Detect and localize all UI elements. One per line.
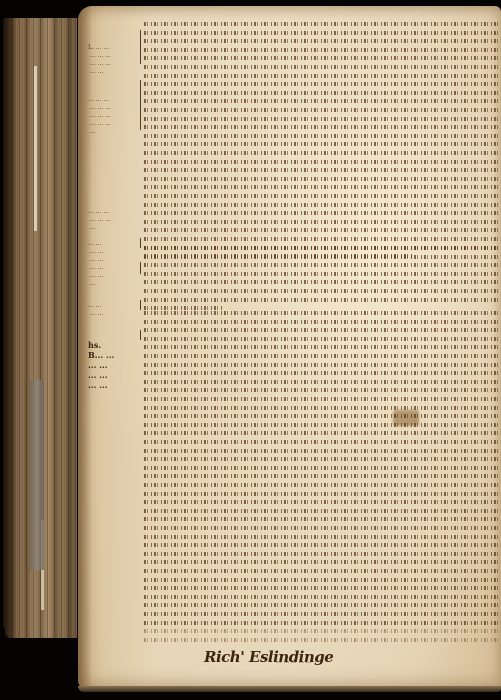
manuscript-line bbox=[144, 619, 499, 627]
manuscript-line bbox=[144, 318, 499, 326]
manuscript-line bbox=[144, 421, 499, 429]
handwriting-stroke bbox=[144, 636, 499, 644]
manuscript-line bbox=[144, 309, 499, 317]
manuscript-line bbox=[144, 261, 499, 269]
signature-trailing-text: ... ... ... ... ... bbox=[276, 657, 311, 665]
manuscript-line bbox=[144, 515, 499, 523]
manuscript-line bbox=[144, 192, 499, 200]
handwriting-stroke bbox=[144, 361, 499, 369]
margin-gloss-6: hs. B... ... ... ... ... ... ... ... bbox=[88, 340, 114, 390]
handwriting-stroke bbox=[144, 335, 499, 343]
manuscript-line bbox=[144, 166, 499, 174]
manuscript-line bbox=[144, 404, 499, 412]
margin-gloss-3: ... ... ... ... ... ... ... bbox=[88, 208, 113, 232]
manuscript-line bbox=[144, 235, 499, 243]
manuscript-line bbox=[144, 46, 499, 54]
handwriting-stroke bbox=[144, 183, 499, 191]
handwriting-stroke bbox=[144, 106, 499, 114]
manuscript-line bbox=[144, 72, 499, 80]
handwriting-stroke bbox=[144, 619, 499, 627]
handwriting-stroke bbox=[144, 97, 499, 105]
handwriting-stroke bbox=[144, 576, 499, 584]
signature-main: Rich' Eslindinge bbox=[204, 648, 333, 666]
handwriting-stroke bbox=[144, 326, 499, 334]
manuscript-line bbox=[144, 395, 499, 403]
manuscript-line bbox=[144, 158, 499, 166]
handwriting-stroke bbox=[144, 533, 499, 541]
manuscript-line bbox=[144, 601, 499, 609]
manuscript-line bbox=[144, 627, 499, 635]
margin-gloss-5: ... ... ... ... bbox=[88, 302, 103, 318]
handwriting-stroke bbox=[144, 507, 499, 515]
manuscript-line bbox=[144, 610, 499, 618]
manuscript-line bbox=[144, 464, 499, 472]
manuscript-line bbox=[144, 226, 499, 234]
handwriting-stroke bbox=[144, 20, 499, 28]
handwriting-stroke bbox=[144, 447, 499, 455]
manuscript-line bbox=[144, 352, 499, 360]
manuscript-line bbox=[144, 481, 499, 489]
paragraph-mark bbox=[140, 262, 141, 274]
manuscript-line bbox=[144, 636, 499, 644]
handwriting-stroke bbox=[144, 558, 499, 566]
manuscript-line bbox=[144, 567, 499, 575]
manuscript-line bbox=[144, 296, 499, 304]
manuscript-line bbox=[144, 412, 499, 420]
handwriting-stroke bbox=[144, 318, 499, 326]
manuscript-line bbox=[144, 455, 499, 463]
handwriting-stroke bbox=[144, 498, 499, 506]
handwriting-stroke bbox=[144, 261, 499, 269]
manuscript-line bbox=[144, 97, 499, 105]
paragraph-mark bbox=[140, 80, 141, 130]
margin-gloss-2: ... ... ... ... ... ... ... ... ... ... … bbox=[88, 96, 113, 136]
handwriting-stroke bbox=[144, 601, 499, 609]
photo-background: L. ... ... ... ... ... ... ... ... ... .… bbox=[0, 0, 501, 700]
binding-worn-patch bbox=[30, 380, 44, 570]
handwriting-stroke bbox=[144, 175, 499, 183]
handwriting-stroke bbox=[144, 166, 499, 174]
handwriting-stroke bbox=[144, 438, 499, 446]
manuscript-line bbox=[144, 140, 499, 148]
handwriting-stroke bbox=[144, 490, 499, 498]
handwriting-stroke bbox=[144, 593, 499, 601]
manuscript-line bbox=[144, 326, 499, 334]
handwriting-stroke bbox=[144, 149, 499, 157]
handwriting-stroke bbox=[144, 235, 499, 243]
handwriting-stroke bbox=[144, 46, 499, 54]
manuscript-line bbox=[144, 175, 499, 183]
manuscript-line bbox=[144, 218, 499, 226]
handwriting-stroke bbox=[144, 481, 499, 489]
manuscript-line bbox=[144, 593, 499, 601]
handwriting-stroke bbox=[144, 412, 499, 420]
paragraph-mark bbox=[140, 330, 141, 340]
handwriting-stroke bbox=[144, 140, 499, 148]
manuscript-line bbox=[144, 541, 499, 549]
handwriting-stroke bbox=[144, 244, 499, 252]
manuscript-line bbox=[144, 576, 499, 584]
handwriting-stroke bbox=[144, 226, 499, 234]
manuscript-line bbox=[144, 429, 499, 437]
manuscript-line bbox=[144, 438, 499, 446]
handwriting-stroke bbox=[144, 192, 499, 200]
manuscript-line bbox=[144, 106, 499, 114]
manuscript-line bbox=[144, 533, 499, 541]
manuscript-line bbox=[144, 132, 499, 140]
manuscript-line bbox=[144, 584, 499, 592]
handwriting-stroke bbox=[144, 253, 499, 261]
manuscript-line bbox=[144, 498, 499, 506]
handwriting-stroke bbox=[144, 472, 499, 480]
handwriting-stroke bbox=[144, 455, 499, 463]
handwriting-stroke bbox=[144, 404, 499, 412]
manuscript-line bbox=[144, 123, 499, 131]
handwriting-stroke bbox=[144, 429, 499, 437]
page-bottom-edge bbox=[78, 686, 501, 692]
manuscript-line bbox=[144, 37, 499, 45]
manuscript-line bbox=[144, 20, 499, 28]
manuscript-line bbox=[144, 149, 499, 157]
manuscript-line bbox=[144, 490, 499, 498]
handwriting-stroke bbox=[144, 80, 499, 88]
handwriting-stroke bbox=[144, 29, 499, 37]
margin-gloss-1: L. ... ... ... ... ... ... ... ... ... .… bbox=[88, 44, 113, 76]
handwriting-stroke bbox=[144, 218, 499, 226]
manuscript-line bbox=[144, 550, 499, 558]
manuscript-line bbox=[144, 369, 499, 377]
handwriting-stroke bbox=[144, 123, 499, 131]
manuscript-line bbox=[144, 361, 499, 369]
manuscript-line bbox=[144, 201, 499, 209]
handwriting-stroke bbox=[144, 296, 499, 304]
manuscript-line bbox=[144, 115, 499, 123]
paragraph-mark bbox=[140, 238, 141, 248]
handwriting-stroke bbox=[144, 352, 499, 360]
handwriting-stroke bbox=[144, 89, 499, 97]
handwriting-stroke bbox=[144, 610, 499, 618]
manuscript-line bbox=[144, 54, 499, 62]
handwriting-stroke bbox=[144, 464, 499, 472]
manuscript-line bbox=[144, 80, 499, 88]
manuscript-line bbox=[144, 29, 499, 37]
handwriting-stroke bbox=[144, 209, 499, 217]
manuscript-line bbox=[144, 270, 499, 278]
manuscript-line bbox=[144, 558, 499, 566]
handwriting-stroke bbox=[144, 567, 499, 575]
manuscript-line bbox=[144, 209, 499, 217]
handwriting-stroke bbox=[144, 515, 499, 523]
manuscript-line bbox=[144, 287, 499, 295]
handwriting-stroke bbox=[144, 343, 499, 351]
manuscript-line bbox=[144, 378, 499, 386]
handwriting-stroke bbox=[144, 524, 499, 532]
handwriting-stroke bbox=[144, 627, 499, 635]
handwriting-stroke bbox=[144, 278, 499, 286]
handwriting-stroke bbox=[144, 386, 499, 394]
handwriting-stroke bbox=[144, 584, 499, 592]
handwriting-stroke bbox=[144, 369, 499, 377]
manuscript-line bbox=[144, 524, 499, 532]
handwriting-stroke bbox=[144, 541, 499, 549]
handwriting-stroke bbox=[144, 158, 499, 166]
handwriting-stroke bbox=[144, 54, 499, 62]
manuscript-line bbox=[144, 183, 499, 191]
handwriting-stroke bbox=[144, 201, 499, 209]
handwriting-stroke bbox=[144, 132, 499, 140]
handwriting-stroke bbox=[144, 421, 499, 429]
manuscript-line bbox=[144, 278, 499, 286]
handwriting-stroke bbox=[144, 270, 499, 278]
manuscript-line bbox=[144, 253, 499, 261]
manuscript-line bbox=[144, 472, 499, 480]
manuscript-line bbox=[144, 63, 499, 71]
handwriting-stroke bbox=[144, 37, 499, 45]
page-edge-highlight bbox=[34, 66, 37, 231]
paragraph-mark bbox=[140, 30, 141, 64]
handwriting-stroke bbox=[144, 287, 499, 295]
paragraph-mark bbox=[140, 300, 141, 310]
manuscript-line bbox=[144, 343, 499, 351]
margin-gloss-4: ... ... ... ... ... ... ... ... ... ... … bbox=[88, 240, 105, 288]
handwriting-stroke bbox=[144, 115, 499, 123]
handwriting-stroke bbox=[144, 378, 499, 386]
manuscript-line bbox=[144, 244, 499, 252]
manuscript-line bbox=[144, 335, 499, 343]
handwriting-stroke bbox=[144, 72, 499, 80]
handwriting-stroke bbox=[144, 550, 499, 558]
handwriting-stroke bbox=[144, 63, 499, 71]
handwriting-stroke bbox=[144, 395, 499, 403]
manuscript-line bbox=[144, 386, 499, 394]
manuscript-line bbox=[144, 447, 499, 455]
handwriting-stroke bbox=[144, 309, 499, 317]
manuscript-line bbox=[144, 507, 499, 515]
manuscript-line bbox=[144, 89, 499, 97]
